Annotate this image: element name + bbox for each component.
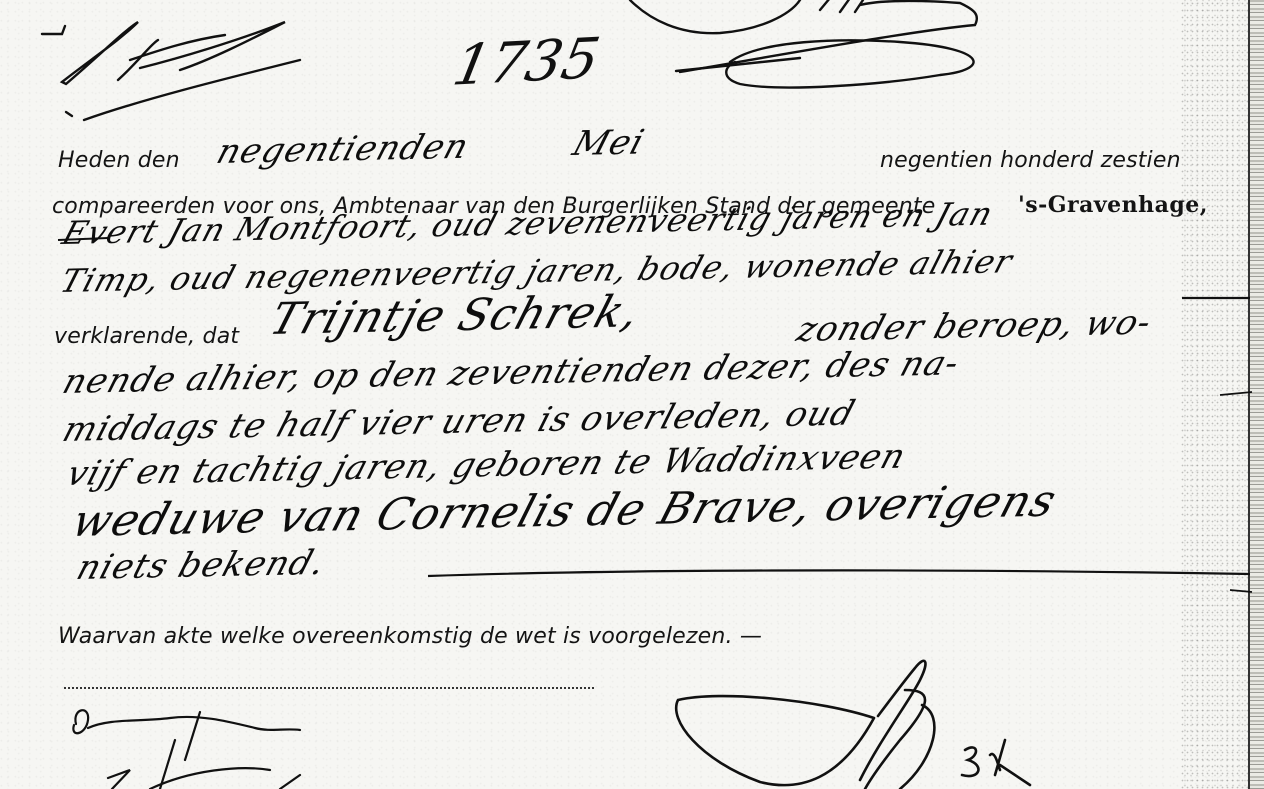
header-signature-strokes bbox=[42, 22, 300, 120]
dotted-separator bbox=[64, 687, 594, 689]
top-flourish bbox=[630, 0, 977, 87]
binding-edge bbox=[1248, 0, 1264, 789]
handwritten-residence-date: nende alhier, op den zeventienden dezer,… bbox=[58, 343, 965, 402]
printed-verklarende-dat: verklarende, dat bbox=[54, 324, 239, 349]
handwritten-nothing-known: niets bekend. bbox=[72, 543, 331, 588]
printed-heden-den: Heden den bbox=[58, 148, 180, 173]
printed-closing-statement: Waarvan akte welke overeenkomstig de wet… bbox=[58, 624, 762, 649]
bottom-left-signature-strokes bbox=[73, 710, 300, 789]
handwritten-day: negentienden bbox=[212, 127, 474, 172]
scanned-record-page: 1735 Heden den negentienden Mei negentie… bbox=[0, 0, 1264, 789]
handwritten-deceased-name: Trijntje Schrek, bbox=[264, 286, 647, 345]
year-mark: 1735 bbox=[448, 26, 605, 98]
handwritten-occupation: zonder beroep, wo- bbox=[792, 303, 1157, 350]
printed-municipality: 's-Gravenhage, bbox=[1018, 192, 1208, 218]
handwritten-month: Mei bbox=[568, 123, 649, 164]
printed-year-text: negentien honderd zestien bbox=[880, 148, 1181, 173]
bottom-right-signature-strokes bbox=[676, 661, 1030, 789]
scan-noise bbox=[1180, 0, 1250, 789]
